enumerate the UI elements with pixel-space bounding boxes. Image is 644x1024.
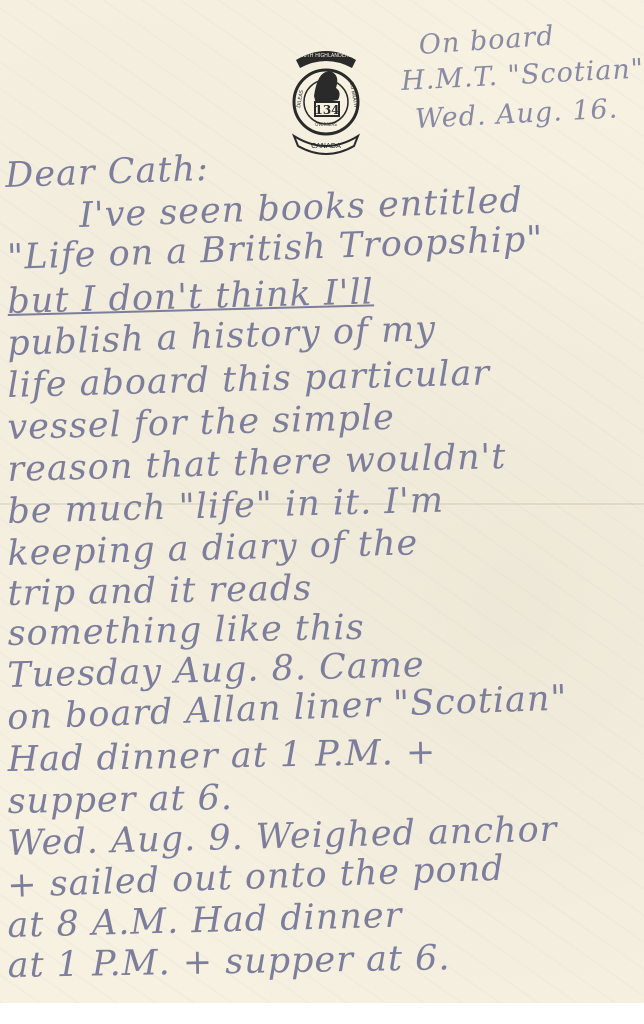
letter-line: at 1 P.M. + supper at 6. xyxy=(7,938,451,986)
letter-line: keeping a diary of the xyxy=(7,523,419,574)
svg-text:CANADA: CANADA xyxy=(311,142,341,150)
letter-line: supper at 6. xyxy=(7,778,233,822)
svg-text:OVERSEAS: OVERSEAS xyxy=(315,122,337,127)
svg-text:48TH HIGHLANDERS: 48TH HIGHLANDERS xyxy=(300,53,351,59)
letter-line: Had dinner at 1 P.M. + xyxy=(7,733,436,780)
letter-page: 134 48TH HIGHLANDERS DILEAS GU BRATH OVE… xyxy=(0,0,644,1003)
salutation: Dear Cath: xyxy=(5,149,210,196)
heading-line-2: H.M.T. "Scotian" xyxy=(400,53,644,97)
letter-line: trip and it reads xyxy=(7,569,312,614)
regimental-crest-icon: 134 48TH HIGHLANDERS DILEAS GU BRATH OVE… xyxy=(288,38,364,158)
heading-line-3: Wed. Aug. 16. xyxy=(414,93,619,135)
svg-text:134: 134 xyxy=(314,103,339,117)
heading-line-1: On board xyxy=(418,21,556,61)
